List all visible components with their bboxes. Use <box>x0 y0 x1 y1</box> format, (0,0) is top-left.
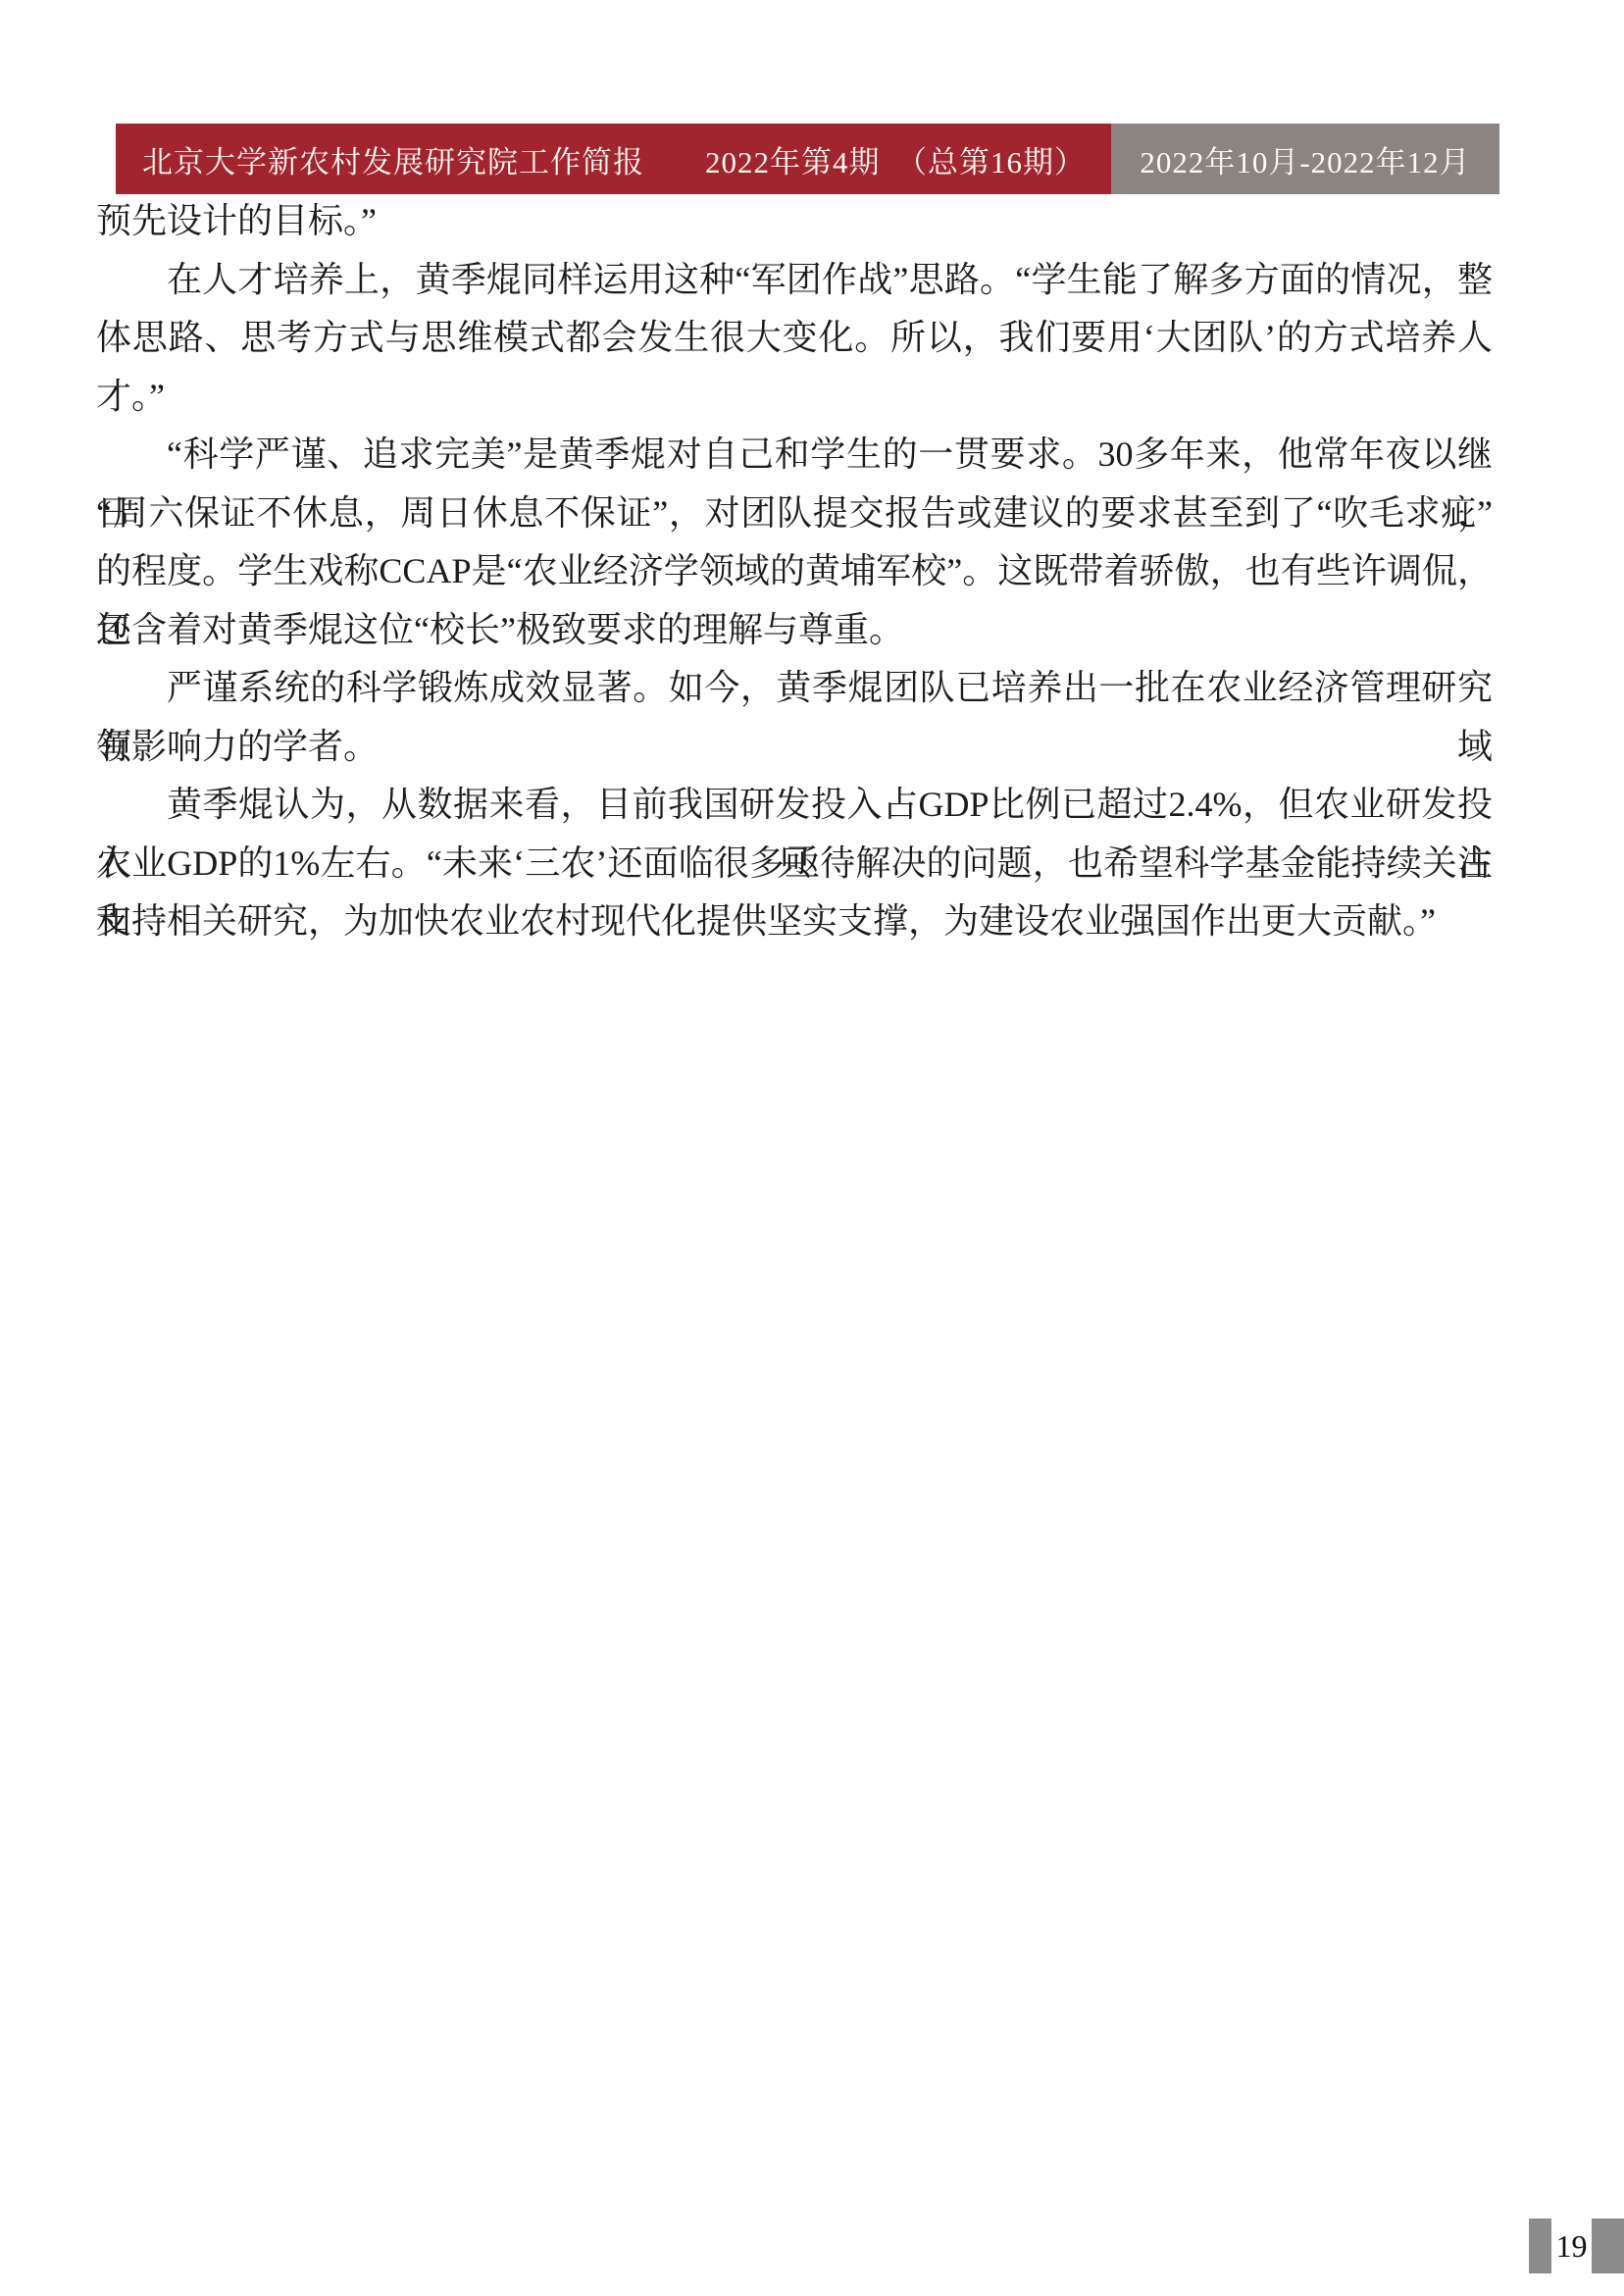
text-line: 包含着对黄季焜这位“校长”极致要求的理解与尊重。 <box>96 601 1493 660</box>
text-line: “周六保证不休息，周日休息不保证”，对团队提交报告或建议的要求甚至到了“吹毛求疵… <box>96 485 1493 543</box>
text-line: 农业GDP的1%左右。“未来‘三农’还面临很多亟待解决的问题，也希望科学基金能持… <box>96 835 1493 893</box>
document-page: 北京大学新农村发展研究院工作简报 2022年第4期 （总第16期） 2022年1… <box>0 0 1624 2296</box>
text-line: “科学严谨、追求完美”是黄季焜对自己和学生的一贯要求。30多年来，他常年夜以继日… <box>96 426 1493 485</box>
page-header: 北京大学新农村发展研究院工作简报 2022年第4期 （总第16期） 2022年1… <box>116 124 1499 194</box>
text-line: 严谨系统的科学锻炼成效显著。如今，黄季焜团队已培养出一批在农业经济管理研究领域 <box>96 659 1493 718</box>
footer-right-block <box>1592 2219 1624 2273</box>
text-line: 体思路、思考方式与思维模式都会发生很大变化。所以，我们要用‘大团队’的方式培养人 <box>96 309 1493 368</box>
text-line: 才。” <box>96 368 1493 427</box>
body-text: 预先设计的目标。” 在人才培养上，黄季焜同样运用这种“军团作战”思路。“学生能了… <box>96 192 1493 951</box>
header-issue: 2022年第4期 （总第16期） <box>705 137 1086 181</box>
text-line: 黄季焜认为，从数据来看，目前我国研发投入占GDP比例已超过2.4%，但农业研发投… <box>96 776 1493 835</box>
text-line: 预先设计的目标。” <box>96 192 1493 251</box>
header-title: 北京大学新农村发展研究院工作简报 <box>142 137 644 181</box>
text-line: 在人才培养上，黄季焜同样运用这种“军团作战”思路。“学生能了解多方面的情况，整 <box>96 251 1493 310</box>
page-number: 19 <box>1549 2219 1594 2273</box>
footer-left-block <box>1529 2219 1551 2273</box>
header-red-band: 北京大学新农村发展研究院工作简报 2022年第4期 （总第16期） <box>116 124 1111 194</box>
header-date-range: 2022年10月-2022年12月 <box>1140 137 1470 181</box>
text-line: 的程度。学生戏称CCAP是“农业经济学领域的黄埔军校”。这既带着骄傲，也有些许调… <box>96 542 1493 601</box>
header-gray-band: 2022年10月-2022年12月 <box>1111 124 1499 194</box>
text-line: 支持相关研究，为加快农业农村现代化提供坚实支撑，为建设农业强国作出更大贡献。” <box>96 893 1493 951</box>
